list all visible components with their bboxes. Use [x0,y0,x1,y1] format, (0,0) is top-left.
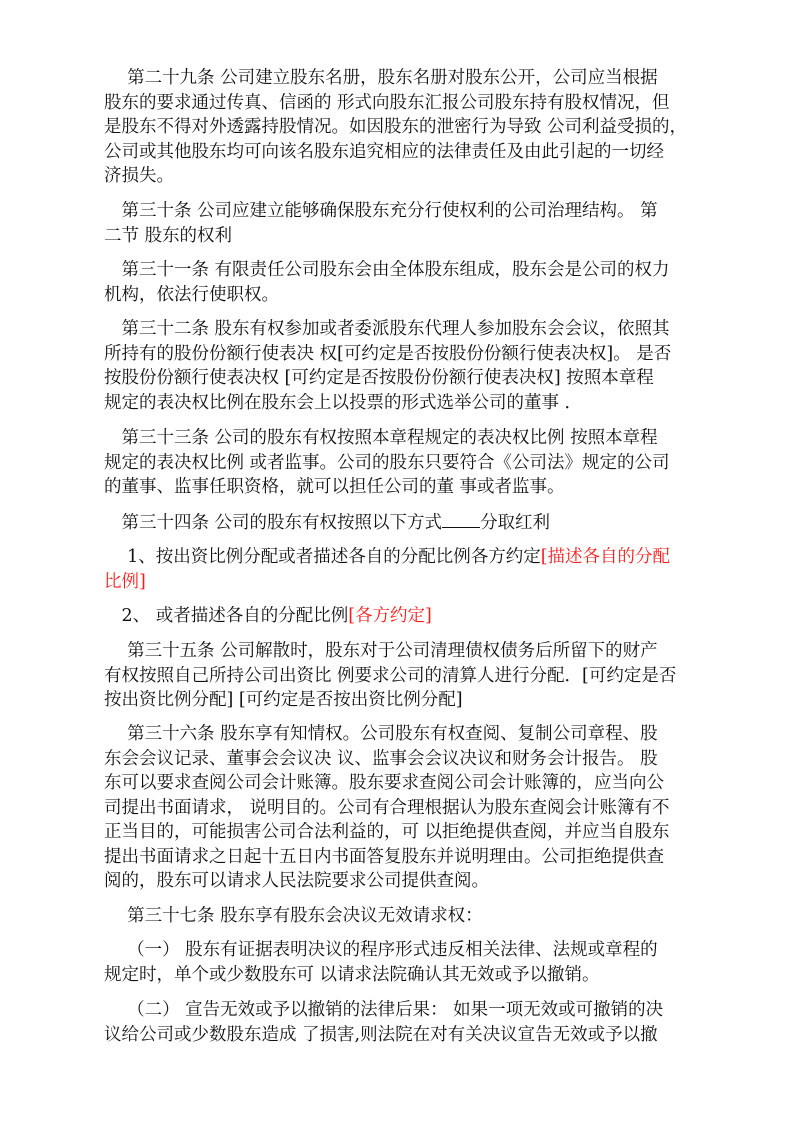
dividend-item-2: 2、 或者描述各自的分配比例[各方约定] [104,604,716,629]
article-29: 第二十九条 公司建立股东名册，股东名册对股东公开，公司应当根据 股东的要求通过传… [104,66,716,189]
text-line: 济损失。 [104,164,716,189]
text-line: 第三十二条 股东有权参加或者委派股东代理人参加股东会会议，依照其 [104,317,716,342]
article-34: 第三十四条 公司的股东有权按照以下方式分取红利 [104,510,716,535]
item-2-placeholder: [各方约定] [348,606,432,626]
article-31: 第三十一条 有限责任公司股东会由全体股东组成，股东会是公司的权力 机构，依法行使… [104,258,716,307]
text-line: 股东的要求通过传真、信函的 形式向股东汇报公司股东持有股权情况，但 [104,91,716,116]
item-1-text: 1、按出资比例分配或者描述各自的分配比例各方约定 [104,547,541,567]
article-34-text-before: 第三十四条 公司的股东有权按照以下方式 [104,513,442,533]
text-line: 第三十四条 公司的股东有权按照以下方式分取红利 [104,510,716,535]
text-line: 司提出书面请求， 说明目的。公司有合理根据认为股东查阅会计账簿有不 [104,796,716,821]
item-2-text: 2、 或者描述各自的分配比例 [104,606,348,626]
article-32: 第三十二条 股东有权参加或者委派股东代理人参加股东会会议，依照其 所持有的股份份… [104,317,716,415]
article-33: 第三十三条 公司的股东有权按照本章程规定的表决权比例 按照本章程 规定的表决权比… [104,426,716,500]
article-37-clause-2: （二） 宣告无效或予以撤销的法律后果： 如果一项无效或可撤销的决 议给公司或少数… [104,998,716,1047]
text-line: 有权按照自己所持公司出资比 例要求公司的清算人进行分配．[可约定是否 [104,664,716,689]
text-line: 规定时，单个或少数股东可 以请求法院确认其无效或予以撤销。 [104,963,716,988]
article-30: 第三十条 公司应建立能够确保股东充分行使权利的公司治理结构。 第 二节 股东的权… [104,199,716,248]
text-line: 东可以要求查阅公司会计账簿。股东要求查阅公司会计账簿的，应当向公 [104,771,716,796]
text-line: 规定的表决权比例 或者监事。公司的股东只要符合《公司法》规定的公司 [104,451,716,476]
text-line: 2、 或者描述各自的分配比例[各方约定] [104,604,716,629]
text-line: 第二十九条 公司建立股东名册，股东名册对股东公开，公司应当根据 [104,66,716,91]
text-line: 第三十六条 股东享有知情权。公司股东有权查阅、复制公司章程、股 [104,722,716,747]
text-line: （一） 股东有证据表明决议的程序形式违反相关法律、法规或章程的 [104,938,716,963]
text-line: 规定的表决权比例在股东会上以投票的形式选举公司的董事 ． [104,391,716,416]
article-37-clause-1: （一） 股东有证据表明决议的程序形式违反相关法律、法规或章程的 规定时，单个或少… [104,938,716,987]
text-line: 阅的，股东可以请求人民法院要求公司提供查阅。 [104,869,716,894]
article-36: 第三十六条 股东享有知情权。公司股东有权查阅、复制公司章程、股 东会会议记录、董… [104,722,716,894]
text-line: 第三十五条 公司解散时，股东对于公司清理债权债务后所留下的财产 [104,639,716,664]
article-34-text-after: 分取红利 [480,513,550,533]
text-line: 提出书面请求之日起十五日内书面答复股东并说明理由。公司拒绝提供查 [104,845,716,870]
text-line: 公司或其他股东均可向该名股东追究相应的法律责任及由此引起的一切经 [104,140,716,165]
text-line: 东会会议记录、董事会会议决 议、监事会会议决议和财务会计报告。 股 [104,747,716,772]
item-1-placeholder: [描述各自的分配 [541,547,670,567]
article-35: 第三十五条 公司解散时，股东对于公司清理债权债务后所留下的财产 有权按照自己所持… [104,639,716,713]
text-line: 按股份份额行使表决权 [可约定是否按股份份额行使表决权] 按照本章程 [104,366,716,391]
text-line: 机构，依法行使职权。 [104,283,716,308]
section-heading-line: 二节 股东的权利 [104,224,716,249]
text-line: 所持有的股份份额行使表决 权[可约定是否按股份份额行使表决权]。 是否 [104,342,716,367]
text-line: （二） 宣告无效或予以撤销的法律后果： 如果一项无效或可撤销的决 [104,998,716,1023]
item-1-placeholder-continued: 比例] [104,570,716,595]
document-page: 第二十九条 公司建立股东名册，股东名册对股东公开，公司应当根据 股东的要求通过传… [0,0,793,1122]
text-line: 第三十三条 公司的股东有权按照本章程规定的表决权比例 按照本章程 [104,426,716,451]
article-37: 第三十七条 股东享有股东会决议无效请求权： [104,904,716,929]
dividend-item-1: 1、按出资比例分配或者描述各自的分配比例各方约定[描述各自的分配 比例] [104,545,716,594]
text-line: 第三十七条 股东享有股东会决议无效请求权： [104,904,716,929]
text-line: 的董事、监事任职资格，就可以担任公司的董 事或者监事。 [104,475,716,500]
text-line: 议给公司或少数股东造成 了损害,则法院在对有关决议宣告无效或予以撤 [104,1023,716,1048]
text-line: 是股东不得对外透露持股情况。如因股东的泄密行为导致 公司利益受损的， [104,115,716,140]
text-line: 正当目的，可能损害公司合法利益的，可 以拒绝提供查阅，并应当自股东 [104,820,716,845]
text-line: 第三十条 公司应建立能够确保股东充分行使权利的公司治理结构。 第 [104,199,716,224]
fill-in-blank [442,510,480,528]
text-line: 按出资比例分配] [可约定是否按出资比例分配] [104,688,716,713]
text-line: 1、按出资比例分配或者描述各自的分配比例各方约定[描述各自的分配 [104,545,716,570]
text-line: 第三十一条 有限责任公司股东会由全体股东组成，股东会是公司的权力 [104,258,716,283]
